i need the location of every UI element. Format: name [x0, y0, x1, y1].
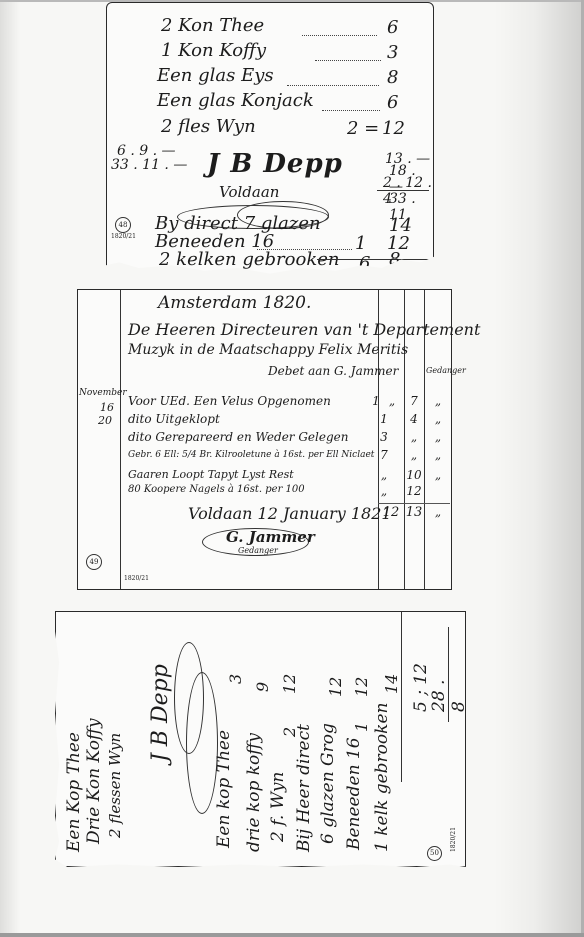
receipt-1-item: 1 Kon Koffy: [161, 40, 266, 61]
ledger-cell: „: [428, 394, 448, 408]
ledger-cell: 10: [404, 468, 424, 482]
receipt-1-extra-amount-prefix: 1: [355, 233, 366, 254]
archive-stamp: 48: [115, 217, 131, 233]
receipt-3-amount: 12: [280, 674, 299, 694]
ledger-row-description: Gebr. 6 Ell: 5/4 Br. Kilrooletune à 16st…: [128, 450, 374, 460]
ledger-cell: 4: [404, 412, 424, 426]
ledger-total: „: [428, 505, 448, 519]
receipt-3-amount: 3: [226, 674, 245, 684]
receipt-1-amount: 6: [387, 92, 398, 113]
receipt-1-amount: 12: [382, 118, 405, 139]
ledger-cell: 7: [374, 448, 394, 462]
receipt-1-extra-item: 2 kelken gebrooken: [159, 249, 340, 270]
receipt-3-left-item: Drie Kon Koffy: [84, 718, 104, 844]
receipt-1-sub-signature: Voldaan: [219, 183, 279, 201]
ledger-row-description: dito Uitgeklopt: [128, 412, 220, 426]
receipt-1: 2 Kon Thee 6 1 Kon Koffy 3 Een glas Eys …: [106, 2, 434, 282]
archive-reference: 1820/21: [450, 827, 457, 852]
archive-stamp: 49: [86, 554, 102, 570]
ledger-cell: „: [404, 448, 424, 462]
receipt-2-signature-sub: Gedanger: [238, 546, 278, 555]
ledger-row-description: Voor UEd. Een Velus Opgenomen: [128, 394, 331, 408]
archive-reference: 1820/21: [111, 233, 136, 240]
ledger-row-description: dito Gerepareerd en Weder Gelegen: [128, 430, 349, 444]
receipt-1-item: 2 Kon Thee: [161, 15, 264, 36]
receipt-3-left-item: 2 flessen Wyn: [106, 733, 124, 838]
receipt-2-debit-suffix: Gedanger: [426, 366, 466, 375]
receipt-2: Amsterdam 1820. De Heeren Directeuren va…: [77, 289, 452, 590]
ledger-cell: 7: [404, 394, 424, 408]
receipt-2-date-day: 20: [98, 414, 112, 427]
ledger-cell: „: [374, 484, 394, 498]
receipt-2-heading: Amsterdam 1820.: [158, 293, 311, 313]
receipt-3-amount: 14: [382, 674, 401, 694]
receipt-3-item: Beneeden 16: [344, 737, 364, 850]
ledger-cell: „: [382, 394, 402, 408]
ledger-cell: „: [374, 468, 394, 482]
scan-edge-top: [0, 0, 584, 2]
receipt-3-item: 1 kelk gebrooken: [372, 703, 392, 852]
dotted-leader: [302, 35, 377, 36]
archive-reference: 1820/21: [124, 575, 149, 582]
receipt-1-amount: 8: [387, 67, 398, 88]
ledger-cell: 12: [404, 484, 424, 498]
receipt-1-amount-prefix: 2 =: [347, 118, 379, 139]
ledger-cell: „: [428, 430, 448, 444]
receipt-3-amount: 12: [326, 677, 345, 697]
receipt-1-left-note: 33 . 11 . —: [111, 157, 187, 173]
ledger-row-description: 80 Koopere Nagels à 16st. per 100: [128, 484, 305, 495]
receipt-3-amount: 12: [352, 677, 371, 697]
ledger-total: 13: [404, 505, 424, 520]
receipt-3-amount-prefix: 1: [352, 722, 371, 732]
ledger-cell: „: [428, 448, 448, 462]
total-rule: [317, 259, 432, 260]
receipt-2-addressee: Muzyk in de Maatschappy Felix Meritis: [128, 342, 408, 358]
archive-stamp: 50: [427, 846, 442, 861]
receipt-1-item: Een glas Konjack: [157, 90, 314, 111]
ledger-margin-line: [120, 290, 121, 589]
receipt-1-item: 2 fles Wyn: [161, 116, 256, 137]
receipt-3-total: 5 ; 12: [411, 663, 431, 712]
ledger-cell: 1: [374, 412, 394, 426]
receipt-1-amount: 3: [387, 42, 398, 63]
dotted-leader: [315, 60, 381, 61]
receipt-3-item: drie kop koffy: [244, 733, 264, 852]
receipt-2-debit: Debet aan G. Jammer: [268, 364, 398, 378]
receipt-1-item: Een glas Eys: [157, 65, 274, 86]
receipt-3-signature: J B Depp: [148, 664, 173, 762]
ledger-cell: „: [428, 468, 448, 482]
receipt-2-date-month: November: [79, 388, 127, 398]
ledger-row-description: Gaaren Loopt Tapyt Lyst Rest: [128, 468, 294, 481]
receipt-2-date-day: 16: [100, 401, 114, 414]
receipt-3-item: Een kop Thee: [214, 730, 234, 848]
receipt-2-paid-line: Voldaan 12 January 1821: [188, 504, 392, 523]
scan-edge-bottom: [0, 933, 584, 937]
receipt-3-amount: 9: [253, 682, 272, 692]
receipt-2-addressee: De Heeren Directeuren van 't Departement: [128, 320, 480, 339]
receipt-2-signature: G. Jammer: [226, 528, 315, 546]
ledger-cell: „: [404, 430, 424, 444]
ledger-cell: „: [428, 412, 448, 426]
receipt-1-amount: 6: [387, 17, 398, 38]
receipt-1-signature: J B Depp: [207, 149, 343, 179]
dotted-leader: [322, 110, 380, 111]
receipt-3-left-item: Een Kop Thee: [64, 732, 84, 852]
ledger-cell: 3: [374, 430, 394, 444]
receipt-3-item: 6 glazen Grog: [318, 723, 338, 844]
receipt-3-item: Bij Heer direct: [294, 724, 314, 852]
receipt-3-total: 28 . 8: [429, 676, 469, 712]
receipt-3-item: 2 f. Wyn: [268, 772, 288, 842]
ledger-column-line: [401, 612, 402, 782]
dotted-leader: [287, 85, 379, 86]
receipt-3: Een Kop Thee Drie Kon Koffy 2 flessen Wy…: [55, 611, 466, 867]
